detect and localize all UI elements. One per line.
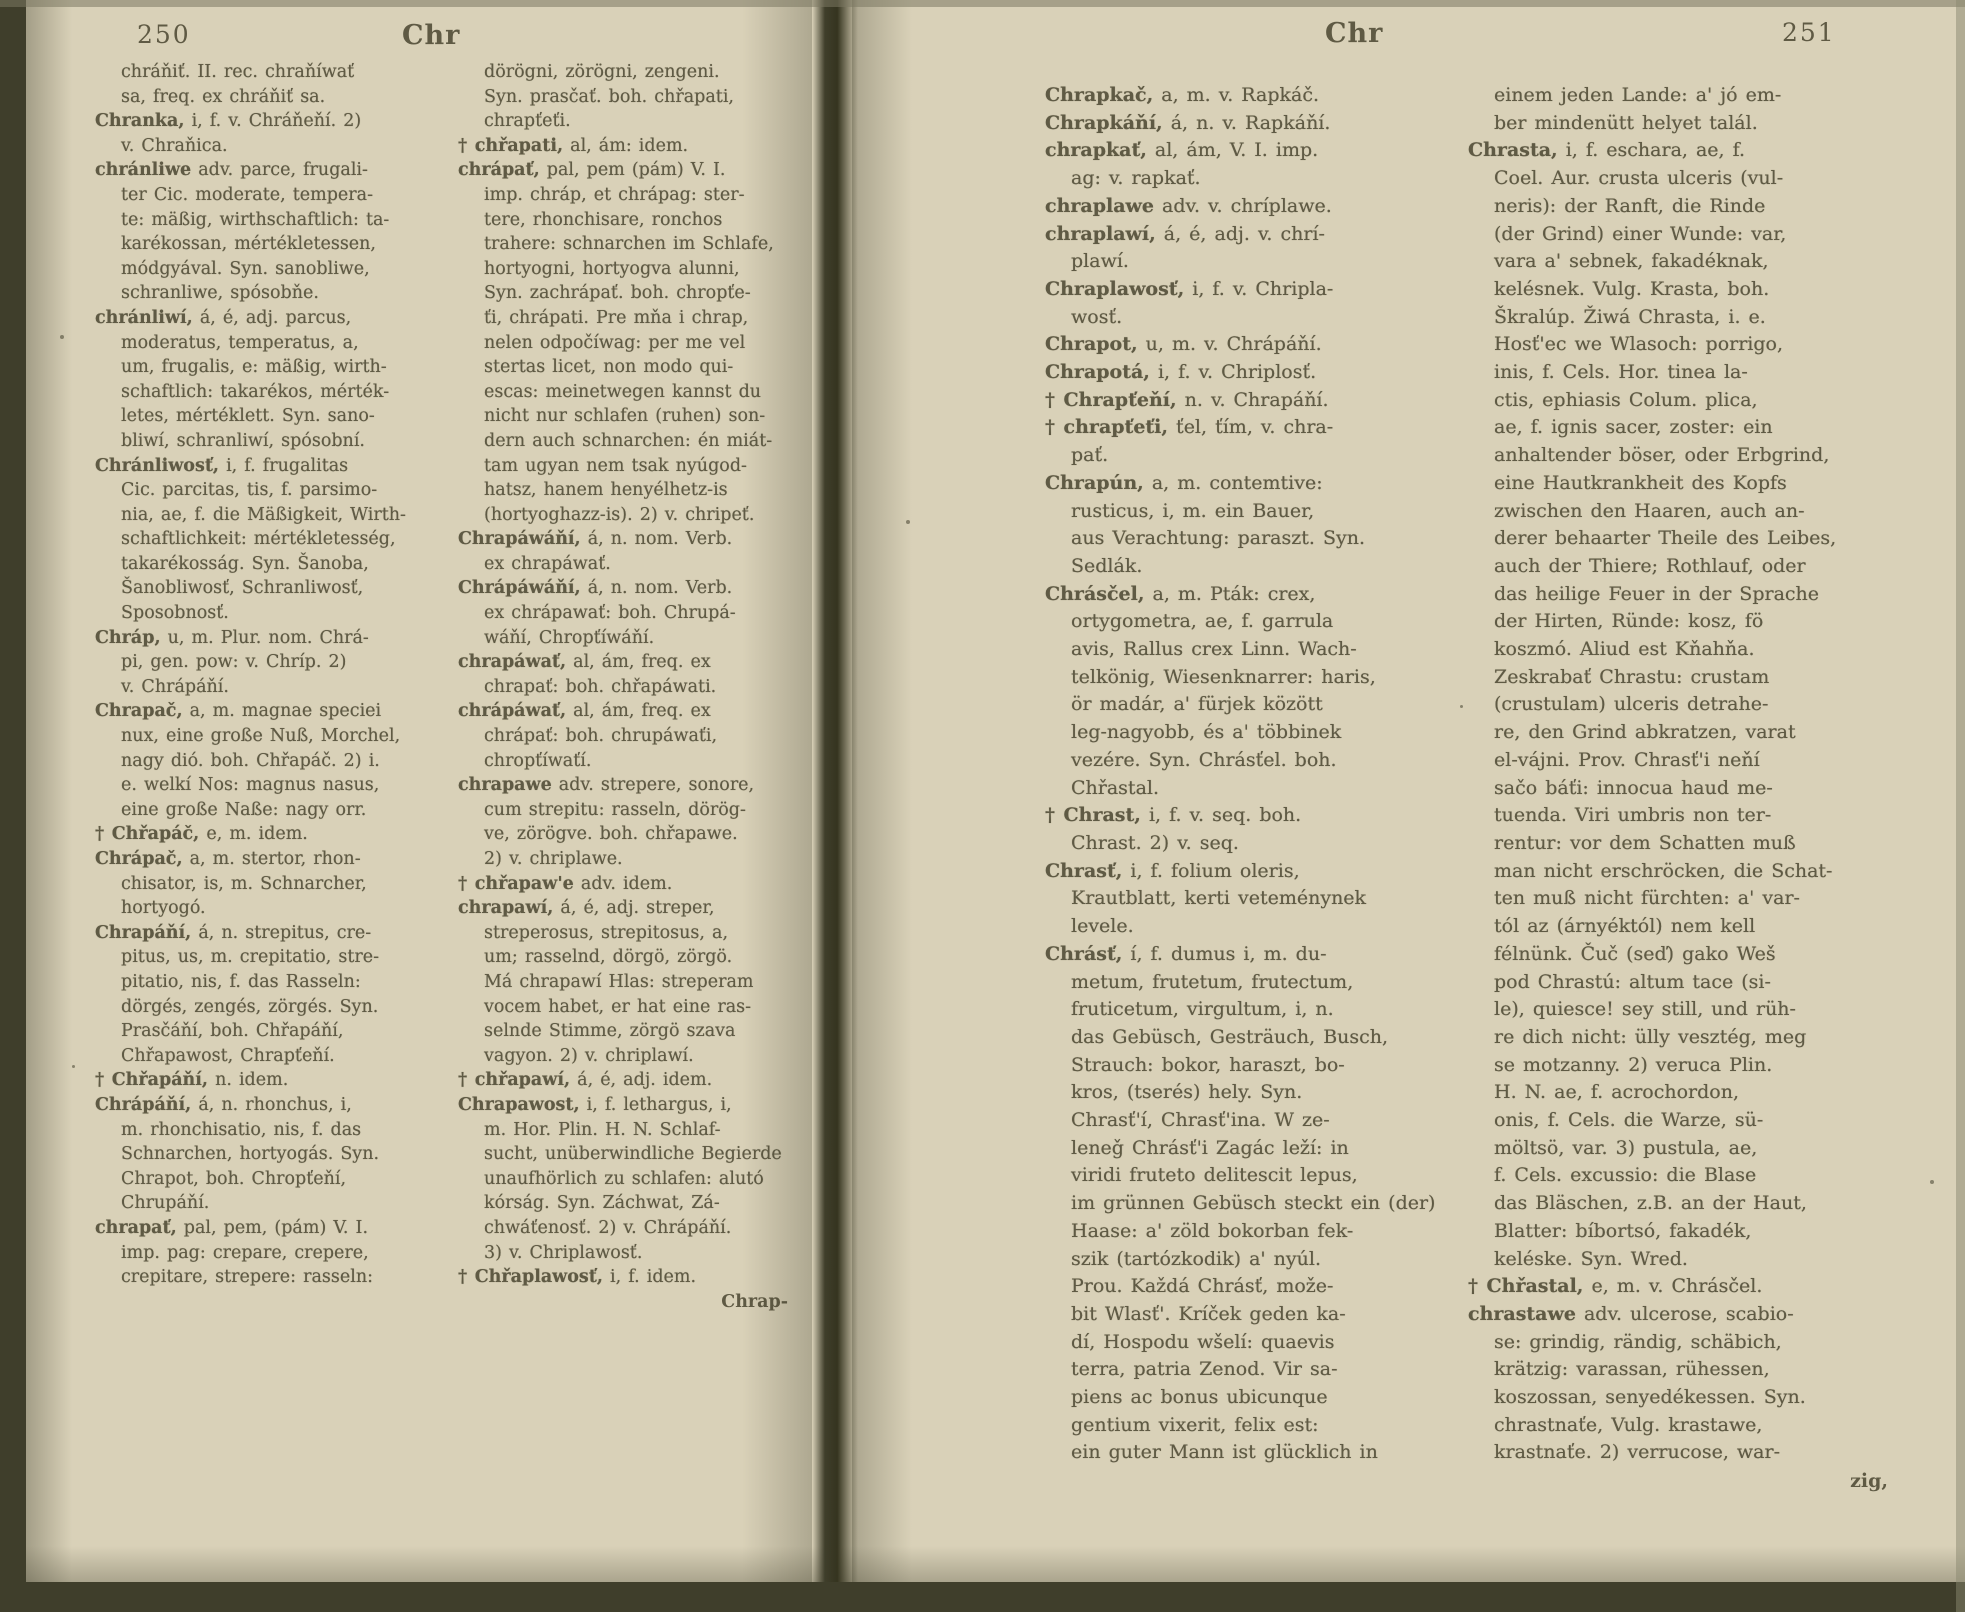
headword: † chřapawí, [458, 1070, 570, 1090]
text-line: Chrapún, a, m. contemtive: [1045, 470, 1453, 498]
ink-speck [1460, 705, 1463, 708]
text-line: pi, gen. pow: v. Chríp. 2) [95, 650, 463, 675]
text-line: bit Wlasť'. Kríček geden ka- [1045, 1301, 1453, 1329]
text-line: Coel. Aur. crusta ulceris (vul- [1468, 165, 1914, 193]
text-line: Chrast. 2) v. seq. [1045, 830, 1453, 858]
text-line: das Gebüsch, Gesträuch, Busch, [1045, 1024, 1453, 1052]
text-line: Cic. parcitas, tis, f. parsimo- [95, 478, 463, 503]
text-line: † Chřapáňí, n. idem. [95, 1068, 463, 1093]
headword: Chrápač, [95, 849, 183, 869]
text-line: chrastnaťe, Vulg. krastawe, [1468, 1412, 1914, 1440]
text-line: vezére. Syn. Chrásťel. boh. [1045, 747, 1453, 775]
headword: † Chřastal, [1468, 1275, 1583, 1297]
text-line: keléske. Syn. Wred. [1468, 1246, 1914, 1274]
text-line: crepitare, strepere: rasseln: [95, 1265, 463, 1290]
text-line: tól az (árnyéktól) nem kell [1468, 913, 1914, 941]
text-line: man nicht erschröcken, die Schat- [1468, 858, 1914, 886]
text-line: krätzig: varassan, rühessen, [1468, 1356, 1914, 1384]
text-line: wosť. [1045, 304, 1453, 332]
text-line: telkönig, Wiesenknarrer: haris, [1045, 664, 1453, 692]
text-line: sa, freq. ex chráňiť sa. [95, 85, 463, 110]
text-line: auch der Thiere; Rothlauf, oder [1468, 553, 1914, 581]
headword: chrápať, [458, 160, 540, 180]
text-line: † Chřastal, e, m. v. Chrásčel. [1468, 1273, 1914, 1301]
ink-speck [906, 520, 910, 524]
headword: chrapkať, [1045, 139, 1147, 161]
headword: chránliwí, [95, 308, 193, 328]
text-line: Chrapkač, a, m. v. Rapkáč. [1045, 82, 1453, 110]
text-line: eine große Naße: nagy orr. [95, 798, 463, 823]
left-edge-shadow [26, 0, 72, 1612]
text-line: f. Cels. excussio: die Blase [1468, 1162, 1914, 1190]
text-line: Chřastal. [1045, 775, 1453, 803]
text-line: vara a' sebnek, fakadéknak, [1468, 248, 1914, 276]
text-line: chraplawí, á, é, adj. v. chrí- [1045, 221, 1453, 249]
headword: Chrapkáňí, [1045, 112, 1163, 134]
scan-border-left [0, 0, 26, 1612]
text-line: Chránliwosť, i, f. frugalitas [95, 454, 463, 479]
headword: † chřapaw'e [458, 874, 574, 894]
text-line: letes, mértéklett. Syn. sano- [95, 404, 463, 429]
headword: Chrapač, [95, 701, 183, 721]
text-line: viridi fruteto delitescit lepus, [1045, 1162, 1453, 1190]
text-line: piens ac bonus ubicunque [1045, 1384, 1453, 1412]
text-line: Chrápač, a, m. stertor, rhon- [95, 847, 463, 872]
text-line: Prasčáňí, boh. Chřapáňí, [95, 1019, 463, 1044]
headword: Chrapáwáňí, [458, 529, 581, 549]
text-line: ber mindenütt helyet talál. [1468, 110, 1914, 138]
text-line: ein guter Mann ist glücklich in [1045, 1439, 1453, 1467]
text-line: anhaltender böser, oder Erbgrind, [1468, 442, 1914, 470]
text-line: H. N. ae, f. acrochordon, [1468, 1079, 1914, 1107]
text-line: inis, f. Cels. Hor. tinea la- [1468, 359, 1914, 387]
text-line: ör madár, a' fürjek között [1045, 691, 1453, 719]
text-line: Chraplawosť, i, f. v. Chripla- [1045, 276, 1453, 304]
dictionary-column-right-1: Chrapkač, a, m. v. Rapkáč.Chrapkáňí, á, … [1045, 82, 1453, 1467]
text-line: aus Verachtung: paraszt. Syn. [1045, 525, 1453, 553]
text-line: Škralúp. Žiwá Chrasta, i. e. [1468, 304, 1914, 332]
text-line: moderatus, temperatus, a, [95, 331, 463, 356]
text-line: dí, Hospodu wšelí: quaevis [1045, 1329, 1453, 1357]
text-line: pať. [1045, 442, 1453, 470]
text-line: fruticetum, virgultum, i, n. [1045, 996, 1453, 1024]
text-line: Chráp, u, m. Plur. nom. Chrá- [95, 626, 463, 651]
text-line: félnünk. Čuč (seď) gako Weš [1468, 941, 1914, 969]
text-line: möltsö, var. 3) pustula, ae, [1468, 1135, 1914, 1163]
text-line: rentur: vor dem Schatten muß [1468, 830, 1914, 858]
text-line: Chranka, i, f. v. Chráňeňí. 2) [95, 109, 463, 134]
headword: chrapawe [458, 775, 552, 795]
text-line: nagy dió. boh. Chřapáč. 2) i. [95, 749, 463, 774]
text-line: koszmó. Aliud est Kňahňa. [1468, 636, 1914, 664]
text-line: Chrapáňí, á, n. strepitus, cre- [95, 921, 463, 946]
headword: chraplawí, [1045, 223, 1156, 245]
text-line: Krautblatt, kerti veteménynek [1045, 885, 1453, 913]
text-line: imp. pag: crepare, crepere, [95, 1241, 463, 1266]
headword: † chřapati, [458, 136, 563, 156]
scan-border-bottom [0, 1582, 1965, 1612]
headword: Chrásčel, [1045, 583, 1144, 605]
text-line: ten muß nicht fürchten: a' var- [1468, 885, 1914, 913]
ink-speck [478, 148, 481, 151]
text-line: kelésnek. Vulg. Krasta, boh. [1468, 276, 1914, 304]
text-line: Chrápáňí, á, n. rhonchus, i, [95, 1093, 463, 1118]
text-line: Chrapkáňí, á, n. v. Rapkáňí. [1045, 110, 1453, 138]
text-line: das Bläschen, z.B. an der Haut, [1468, 1190, 1914, 1218]
text-line: eine Hautkrankheit des Kopfs [1468, 470, 1914, 498]
ink-speck [72, 1065, 75, 1068]
text-line: karékossan, mértékletessen, [95, 232, 463, 257]
headword: chrapať, [95, 1218, 177, 1238]
text-line: Chrapotá, i, f. v. Chriplosť. [1045, 359, 1453, 387]
text-line: einem jeden Lande: a' jó em- [1468, 82, 1914, 110]
text-line: Chrapot, u, m. v. Chrápáňí. [1045, 331, 1453, 359]
text-line: se motzanny. 2) veruca Plin. [1468, 1052, 1914, 1080]
book-binding-gutter [812, 0, 858, 1612]
text-line: chrapkať, al, ám, V. I. imp. [1045, 137, 1453, 165]
headword: chrastawe [1468, 1303, 1576, 1325]
text-line: Chrapot, boh. Chropťeňí, [95, 1167, 463, 1192]
headword: † Chrast, [1045, 804, 1141, 826]
headword: Chrapún, [1045, 472, 1144, 494]
headword: Chranka, [95, 111, 185, 131]
text-line: krastnaťe. 2) verrucose, war- [1468, 1439, 1914, 1467]
text-line: ag: v. rapkať. [1045, 165, 1453, 193]
text-line: Strauch: bokor, haraszt, bo- [1045, 1052, 1453, 1080]
text-line: Prou. Každá Chrásť, može- [1045, 1273, 1453, 1301]
text-line: Chrásť, í, f. dumus i, m. du- [1045, 941, 1453, 969]
text-line: Chrásčel, a, m. Pták: crex, [1045, 581, 1453, 609]
text-line: † Chrast, i, f. v. seq. boh. [1045, 802, 1453, 830]
text-line: m. rhonchisatio, nis, f. das [95, 1118, 463, 1143]
headword: Chrapotá, [1045, 361, 1150, 383]
text-line: ctis, ephiasis Colum. plica, [1468, 387, 1914, 415]
text-line: koszossan, senyedékessen. Syn. [1468, 1384, 1914, 1412]
text-line: Hosť'ec we Wlasoch: porrigo, [1468, 331, 1914, 359]
text-line: Chrasta, i, f. eschara, ae, f. [1468, 137, 1914, 165]
headword: † Chřaplawosť, [458, 1267, 603, 1287]
running-head-left: Chr [402, 20, 460, 51]
text-line: chránliwí, á, é, adj. parcus, [95, 306, 463, 331]
headword: chrapáwať, [458, 652, 566, 672]
headword: † Chřapáňí, [95, 1070, 208, 1090]
headword: Chráp, [95, 628, 161, 648]
text-line: ter Cic. moderate, tempera- [95, 183, 463, 208]
ink-speck [60, 335, 64, 339]
text-line: chráňiť. II. rec. chraňíwať [95, 60, 463, 85]
text-line: Haase: a' zöld bokorban fek- [1045, 1218, 1453, 1246]
text-line: metum, frutetum, frutectum, [1045, 969, 1453, 997]
headword: Chrasť, [1045, 860, 1122, 882]
headword: chrápáwať, [458, 701, 566, 721]
text-line: bliwí, schranliwí, spósobní. [95, 429, 463, 454]
headword: Chrapot, [1045, 333, 1138, 355]
text-line: chrapať, pal, pem, (pám) V. I. [95, 1216, 463, 1241]
running-head-right: Chr [1325, 18, 1383, 49]
text-line: Sposobnosť. [95, 601, 463, 626]
headword: Chrápáňí, [95, 1095, 191, 1115]
text-line: schaftlich: takarékos, mérték- [95, 380, 463, 405]
text-line: schaftlichkeit: mértékletesség, [95, 527, 463, 552]
text-line: e. welkí Nos: magnus nasus, [95, 773, 463, 798]
text-line: plawí. [1045, 248, 1453, 276]
headword: chránliwe [95, 160, 191, 180]
headword: chraplawe [1045, 195, 1154, 217]
text-line: rusticus, i, m. ein Bauer, [1045, 498, 1453, 526]
text-line: levele. [1045, 913, 1453, 941]
text-line: avis, Rallus crex Linn. Wach- [1045, 636, 1453, 664]
gutter-shadow-right [852, 0, 912, 1612]
text-line: le), quiesce! sey still, und rüh- [1468, 996, 1914, 1024]
gutter-shadow-left [742, 0, 812, 1612]
scan-border-top [0, 0, 1965, 7]
headword: † chrapťeťi, [1045, 416, 1168, 438]
text-line: chisator, is, m. Schnarcher, [95, 872, 463, 897]
text-line: te: mäßig, wirthschaftlich: ta- [95, 208, 463, 233]
text-line: onis, f. Cels. die Warze, sü- [1468, 1107, 1914, 1135]
text-line: Chrasť, i, f. folium oleris, [1045, 858, 1453, 886]
text-line: el-vájni. Prov. Chrasť'i neňí [1468, 747, 1914, 775]
headword: chrapawí, [458, 898, 553, 918]
headword: Chrasta, [1468, 139, 1558, 161]
text-line: dörgés, zengés, zörgés. Syn. [95, 995, 463, 1020]
text-line: (crustulam) ulceris detrahe- [1468, 691, 1914, 719]
text-line: gentium vixerit, felix est: [1045, 1412, 1453, 1440]
text-line: chrastawe adv. ulcerose, scabio- [1468, 1301, 1914, 1329]
text-line: Chřapawost, Chrapťeňí. [95, 1044, 463, 1069]
text-line: szik (tartózkodik) a' nyúl. [1045, 1246, 1453, 1274]
headword: Chrapkač, [1045, 84, 1153, 106]
text-line: leg-nagyobb, és a' többinek [1045, 719, 1453, 747]
text-line: pitatio, nis, f. das Rasseln: [95, 970, 463, 995]
text-line: ae, f. ignis sacer, zoster: ein [1468, 414, 1914, 442]
text-line: Šanobliwosť, Schranliwosť, [95, 576, 463, 601]
headword: Chrápáwáňí, [458, 578, 581, 598]
text-line: Blatter: bíbortsó, fakadék, [1468, 1218, 1914, 1246]
text-line: re, den Grind abkratzen, varat [1468, 719, 1914, 747]
text-line: ortygometra, ae, f. garrula [1045, 608, 1453, 636]
text-line: Chrasť'í, Chrasť'ina. W ze- [1045, 1107, 1453, 1135]
headword: Chrásť, [1045, 943, 1122, 965]
text-line: chraplawe adv. v. chríplawe. [1045, 193, 1453, 221]
text-line: nia, ae, f. die Mäßigkeit, Wirth- [95, 503, 463, 528]
text-line: takarékosság. Syn. Šanoba, [95, 552, 463, 577]
scan-border-right [1956, 0, 1965, 1612]
text-line: re dich nicht: ülly vesztég, meg [1468, 1024, 1914, 1052]
headword: Chraplawosť, [1045, 278, 1184, 300]
page-number-right: 251 [1782, 18, 1836, 47]
bottom-edge-shadow [0, 1546, 1965, 1582]
text-line: neris): der Ranft, die Rinde [1468, 193, 1914, 221]
text-line: sačo báťi: innocua haud me- [1468, 775, 1914, 803]
text-line: tuenda. Viri umbris non ter- [1468, 802, 1914, 830]
text-line: † Chrapťeňí, n. v. Chrapáňí. [1045, 387, 1453, 415]
catchword-right: zig, [1468, 1470, 1888, 1492]
text-line: † chrapťeťi, ťel, ťím, v. chra- [1045, 414, 1453, 442]
text-line: zwischen den Haaren, auch an- [1468, 498, 1914, 526]
text-line: nux, eine große Nuß, Morchel, [95, 724, 463, 749]
dictionary-column-right-2: einem jeden Lande: a' jó em-ber mindenüt… [1468, 82, 1914, 1467]
headword: Chránliwosť, [95, 456, 219, 476]
text-line: se: grindig, rändig, schäbich, [1468, 1329, 1914, 1357]
text-line: der Hirten, Ründe: kosz, fö [1468, 608, 1914, 636]
text-line: leneǧ Chrásť'i Zagác leží: in [1045, 1135, 1453, 1163]
headword: Chrapáňí, [95, 923, 191, 943]
text-line: um, frugalis, e: mäßig, wirth- [95, 355, 463, 380]
text-line: im grünnen Gebüsch steckt ein (der) [1045, 1190, 1453, 1218]
text-line: chránliwe adv. parce, frugali- [95, 158, 463, 183]
text-line: pod Chrastú: altum tace (si- [1468, 969, 1914, 997]
text-line: v. Chrápáňí. [95, 675, 463, 700]
text-line: hortyogó. [95, 896, 463, 921]
text-line: Chrapač, a, m. magnae speciei [95, 699, 463, 724]
headword: Chrapawost, [458, 1095, 580, 1115]
text-line: schranliwe, spósobňe. [95, 281, 463, 306]
text-line: Zeskrabať Chrastu: crustam [1468, 664, 1914, 692]
text-line: módgyával. Syn. sanobliwe, [95, 257, 463, 282]
text-line: Sedlák. [1045, 553, 1453, 581]
catchword-left: Chrap- [458, 1292, 788, 1312]
text-line: derer behaarter Theile des Leibes, [1468, 525, 1914, 553]
text-line: v. Chraňica. [95, 134, 463, 159]
dictionary-book-scan: 250 Chr chráňiť. II. rec. chraňíwaťsa, f… [0, 0, 1965, 1612]
text-line: Schnarchen, hortyogás. Syn. [95, 1142, 463, 1167]
text-line: † Chřapáč, e, m. idem. [95, 822, 463, 847]
ink-speck [1930, 1180, 1934, 1184]
dictionary-column-left-1: chráňiť. II. rec. chraňíwaťsa, freq. ex … [95, 60, 463, 1290]
text-line: pitus, us, m. crepitatio, stre- [95, 945, 463, 970]
text-line: kros, (tserés) hely. Syn. [1045, 1079, 1453, 1107]
headword: † Chrapťeňí, [1045, 389, 1177, 411]
text-line: das heilige Feuer in der Sprache [1468, 581, 1914, 609]
page-number-left: 250 [137, 20, 191, 49]
text-line: Chrupáňí. [95, 1191, 463, 1216]
headword: † Chřapáč, [95, 824, 199, 844]
text-line: terra, patria Zenod. Vir sa- [1045, 1356, 1453, 1384]
text-line: (der Grind) einer Wunde: var, [1468, 221, 1914, 249]
